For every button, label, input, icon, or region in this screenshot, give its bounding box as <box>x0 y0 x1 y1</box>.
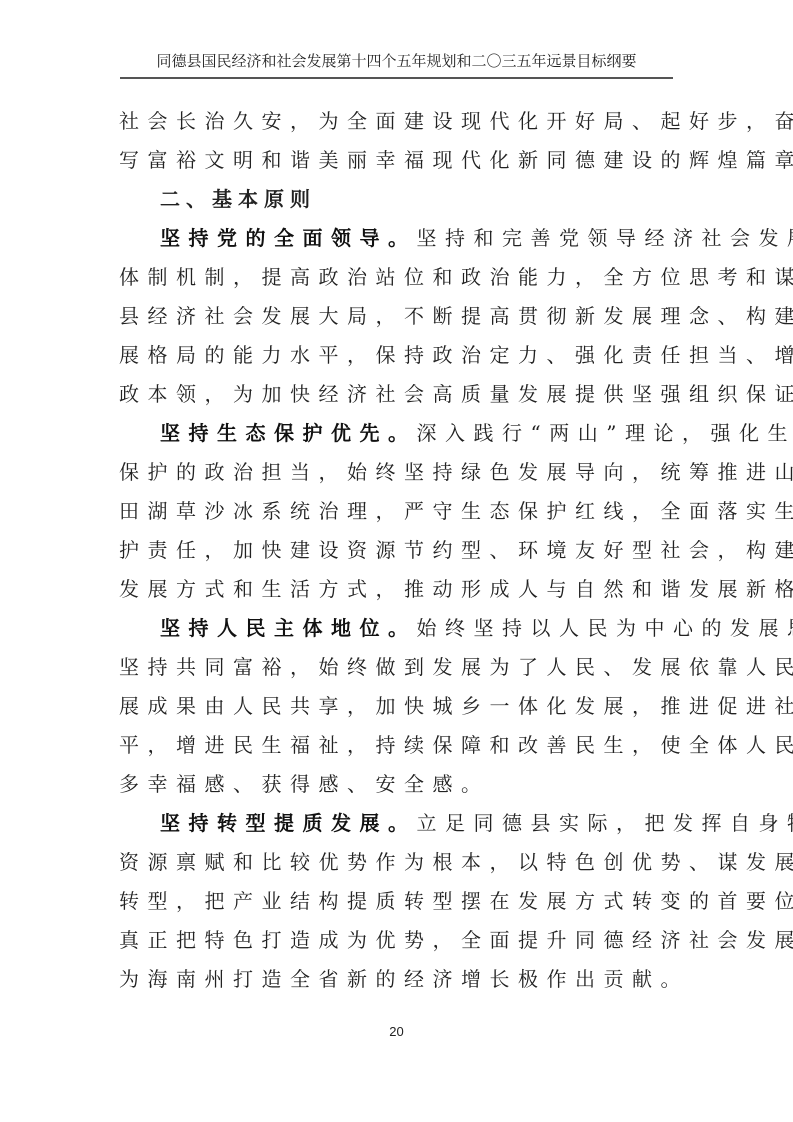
section-heading: 二、基本原则 <box>119 180 679 219</box>
paragraph-line: 转型，把产业结构提质转型摆在发展方式转变的首要位置， <box>119 882 679 921</box>
principle-title: 坚持生态保护优先。 <box>160 421 417 445</box>
paragraph-line: 为海南州打造全省新的经济增长极作出贡献。 <box>119 960 679 999</box>
paragraph-line: 发展方式和生活方式，推动形成人与自然和谐发展新格局。 <box>119 570 679 609</box>
paragraph-line: 平，增进民生福祉，持续保障和改善民生，使全体人民有更 <box>119 726 679 765</box>
paragraph-line: 县经济社会发展大局，不断提高贯彻新发展理念、构建新发 <box>119 297 679 336</box>
paragraph-text: 立足同德县实际，把发挥自身特色 <box>417 811 793 835</box>
paragraph-line: 坚持共同富裕，始终做到发展为了人民、发展依靠人民、发 <box>119 648 679 687</box>
principle-first-line: 坚持人民主体地位。始终坚持以人民为中心的发展思想， <box>119 609 679 648</box>
paragraph-text: 始终坚持以人民为中心的发展思想， <box>417 616 793 640</box>
paragraph-line: 田湖草沙冰系统治理，严守生态保护红线，全面落实生态保 <box>119 492 679 531</box>
principle-title: 坚持转型提质发展。 <box>160 811 417 835</box>
paragraph-line: 真正把特色打造成为优势，全面提升同德经济社会发展质量， <box>119 921 679 960</box>
paragraph-line: 资源禀赋和比较优势作为根本，以特色创优势、谋发展、促 <box>119 843 679 882</box>
principle-first-line: 坚持转型提质发展。立足同德县实际，把发挥自身特色 <box>119 804 679 843</box>
paragraph-line: 保护的政治担当，始终坚持绿色发展导向，统筹推进山水林 <box>119 453 679 492</box>
paragraph-text: 坚持和完善党领导经济社会发展的 <box>417 226 793 250</box>
paragraph-line: 写富裕文明和谐美丽幸福现代化新同德建设的辉煌篇章。 <box>119 141 679 180</box>
paragraph-line: 政本领，为加快经济社会高质量发展提供坚强组织保证。 <box>119 375 679 414</box>
running-header: 同德县国民经济和社会发展第十四个五年规划和二〇三五年远景目标纲要 <box>120 50 673 72</box>
paragraph-line: 社会长治久安，为全面建设现代化开好局、起好步，奋力谱 <box>119 102 679 141</box>
paragraph-line: 多幸福感、获得感、安全感。 <box>119 765 679 804</box>
document-body: 社会长治久安，为全面建设现代化开好局、起好步，奋力谱 写富裕文明和谐美丽幸福现代… <box>119 102 679 999</box>
page-number: 20 <box>0 1024 793 1039</box>
principle-first-line: 坚持党的全面领导。坚持和完善党领导经济社会发展的 <box>119 219 679 258</box>
paragraph-line: 展成果由人民共享，加快城乡一体化发展，推进促进社会公 <box>119 687 679 726</box>
paragraph-text: 深入践行“两山”理论，强化生态 <box>417 421 793 445</box>
paragraph-line: 展格局的能力水平，保持政治定力、强化责任担当、增强执 <box>119 336 679 375</box>
paragraph-line: 护责任，加快建设资源节约型、环境友好型社会，构建绿色 <box>119 531 679 570</box>
principle-title: 坚持党的全面领导。 <box>160 226 417 250</box>
paragraph-line: 体制机制，提高政治站位和政治能力，全方位思考和谋划全 <box>119 258 679 297</box>
principle-first-line: 坚持生态保护优先。深入践行“两山”理论，强化生态 <box>119 414 679 453</box>
header-rule <box>120 77 673 79</box>
principle-title: 坚持人民主体地位。 <box>160 616 417 640</box>
